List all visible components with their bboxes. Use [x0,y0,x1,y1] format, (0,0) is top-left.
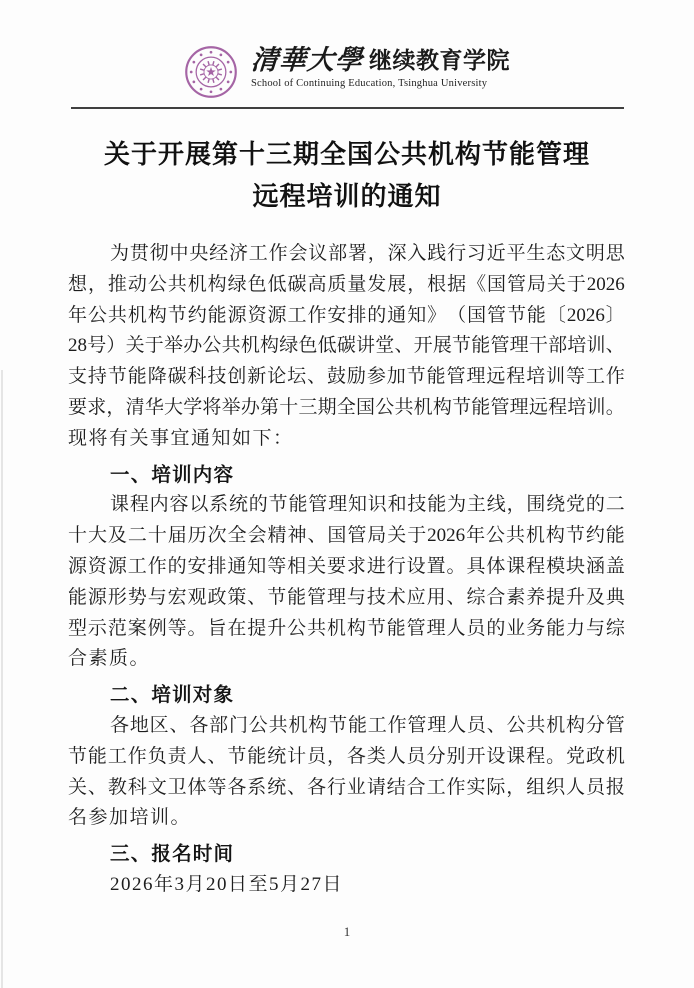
body-text-line: 能源形势与宏观政策、节能管理与技术应用、综合素养提升及典 [68,583,625,614]
body-text-line: 课程内容以系统的节能管理知识和技能为主线，围绕党的二 [68,490,625,521]
body-text-line: 十大及二十届历次全会精神、国管局关于2026年公共机构节约能 [68,521,625,552]
body-text-line: 现将有关事宜通知如下： [68,424,625,455]
organization-block: 清華大學 继续教育学院 School of Continuing Educati… [251,45,510,91]
body-text-line: 型示范案例等。旨在提升公共机构节能管理人员的业务能力与综 [68,614,625,645]
document-title-line2: 远程培训的通知 [0,176,694,218]
scan-artifact [1,370,3,988]
letterhead: 清華大學 继续教育学院 School of Continuing Educati… [0,0,694,99]
body-text-line: 2026年3月20日至5月27日 [68,870,625,901]
page-number: 1 [0,924,694,940]
document-title: 关于开展第十三期全国公共机构节能管理 远程培训的通知 [0,134,694,218]
body-text-line: 各地区、各部门公共机构节能工作管理人员、公共机构分管 [68,711,625,742]
body-text-line: 28号）关于举办公共机构绿色低碳讲堂、开展节能管理干部培训、 [68,331,625,362]
tsinghua-university-seal-icon [184,45,238,99]
organization-name-en: School of Continuing Education, Tsinghua… [251,77,510,91]
body-text-line: 年公共机构节约能源资源工作安排的通知》（国管节能〔2026〕 [68,301,625,332]
section-heading: 三、报名时间 [68,839,625,870]
school-name: 继续教育学院 [369,45,510,75]
organization-name-cn: 清華大學 继续教育学院 [251,45,510,75]
body-text-line: 为贯彻中央经济工作会议部署，深入践行习近平生态文明思 [68,239,625,270]
body-text-line: 合素质。 [68,644,625,675]
body-text-line: 关、教科文卫体等各系统、各行业请结合工作实际，组织人员报 [68,773,625,804]
section-heading: 二、培训对象 [68,680,625,711]
body-text-line: 支持节能降碳科技创新论坛、鼓励参加节能管理远程培训等工作 [68,362,625,393]
body-text-line: 源资源工作的安排通知等相关要求进行设置。具体课程模块涵盖 [68,552,625,583]
body-text-line: 节能工作负责人、节能统计员，各类人员分别开设课程。党政机 [68,742,625,773]
document-body: 为贯彻中央经济工作会议部署，深入践行习近平生态文明思想，推动公共机构绿色低碳高质… [68,239,625,901]
body-text-line: 想，推动公共机构绿色低碳高质量发展，根据《国管局关于2026 [68,270,625,301]
notice-document-page: 清華大學 继续教育学院 School of Continuing Educati… [0,0,694,988]
section-heading: 一、培训内容 [68,460,625,491]
letterhead-divider [71,107,624,109]
document-title-line1: 关于开展第十三期全国公共机构节能管理 [0,134,694,176]
body-text-line: 要求，清华大学将举办第十三期全国公共机构节能管理远程培训。 [68,393,625,424]
university-script-logo: 清華大學 [250,45,364,75]
body-text-line: 名参加培训。 [68,803,625,834]
